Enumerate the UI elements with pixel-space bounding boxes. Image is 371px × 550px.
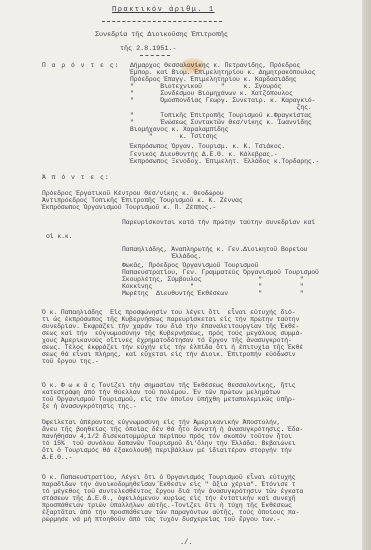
paragraph-line: ἄνευ τῆς βοηθείας τῆς ὁποίας δέν θά ἦτο …	[42, 426, 303, 433]
present-item: Ἐμπορ. καί Βιομ. Ἐπιμελητηρίου κ. Δημητρ…	[130, 69, 315, 76]
paragraph-line: σεως καί τήν εὐγνωμοσύνην τῆς Κυβερνήσεω…	[42, 330, 303, 337]
document-subtitle: Συνεδρία τῆς Διοικοῦσης Ἐπιτροπῆς	[95, 32, 228, 39]
document-title: Πρακτικόν άριθμ. 1	[112, 7, 215, 14]
absent-item: Πρόεδρος Ἐργατικοῦ Κέντρου Θεσ/νίκης κ. …	[42, 190, 224, 197]
document-page: Πρακτικόν άριθμ. 1 Συνεδρία τῆς Διοικοῦσ…	[0, 0, 362, 550]
paragraph-line: σεως θά εἶναι πλήρης, καί εὔχεται εἰς τή…	[42, 351, 296, 358]
also-present-item: Φωκᾶς, Πρόεδρος Ὀργανισμοῦ Τουρισμοῦ	[122, 262, 258, 269]
paragraph-line: σεως. Τέλος ἐκφράζει τήν εὐχήν εἰς τήν ἐ…	[42, 344, 303, 351]
also-present-item: Κοκκίνης " " "	[122, 283, 304, 290]
paragraph-line: κατεστράφη ἀπό τήν θύελλαν τοῦ πολέμου. …	[42, 389, 280, 396]
absent-item: Ἐκπρόσωπος Ὀργανισμοῦ Τουρισμοῦ κ. Π. Ζέ…	[42, 204, 216, 211]
present-item: Δήμαρχος Θεσσαλονίκης κ. Πετρανίδης, Πρό…	[130, 62, 300, 69]
also-present-prefix: οἱ κ.κ.	[46, 233, 73, 240]
paragraph-line: ρώρμησε νά μή πτοηθοῦν ἀπό τάς τυχόν δυσ…	[42, 516, 280, 523]
present-item: " κ. Τσίτσης	[130, 133, 217, 140]
also-present-item: Παπαευστρατίου, Γεν. Γραμματεύς Ὀργανισμ…	[122, 269, 319, 276]
paragraph-line: χους Ἀμερικανούς οἵτινες ἐχρηματοδότησαν…	[42, 337, 292, 344]
present-item: Βιομήχανος κ. Χαραλαμπίδης	[130, 126, 228, 133]
paragraph-line: Ὁ κ. Παπαευστρατίου, Λέγει ὅτι ὁ Ὀργανισ…	[42, 474, 296, 481]
also-present-item: Ἑλλάδος.	[122, 253, 202, 260]
paragraph-line: Ὁ κ. Φ ω κ ᾶ ς Τονίζει τήν σημασίαν τῆς …	[42, 382, 296, 389]
paragraph-line: ξε ἡ ἀνασυγκρότησίς της.-	[42, 403, 137, 410]
present-item: " Βιοτεχνικοῦ " κ. Σγουρός	[130, 83, 281, 90]
absent-label: Ἀ π ό ν τ ε ς:	[42, 174, 110, 181]
present-item: Ἐκπρόσωπος Ὀργαν. Τουρισμ. κ. Κ. Τσιάκος…	[130, 143, 285, 150]
paragraph-line: συνεδρίαν. Ἐκφράζει τήν χαράν του διά τή…	[42, 323, 299, 330]
paragraph-line: ὅτι ὁ Τουρισμός θά ἐξακολουθῇ περιβάλλων…	[42, 447, 292, 454]
document-date: τῆς 2.8.1951.-	[120, 46, 176, 53]
absent-item: Ἀντιπρόεδρος Τοπικῆς Ἐπιτροπῆς Τουρισμοῦ…	[42, 197, 243, 204]
present-item: ζης.	[130, 104, 312, 111]
also-present-intro: Παρευρίσκονται κατά τήν πρώτην ταύτην συ…	[122, 219, 315, 226]
present-item: Πρόεδρος Ἐπαγγ. Ἐπιμελητηρίου κ. Καρδασι…	[130, 76, 297, 83]
present-item: " Ἑνώσεως Συντακτῶν Θεσ/νίκης κ. Ἰωαννίδ…	[130, 119, 312, 126]
present-item: Γενικός Διευθυντής Δ.Ε.Θ. κ. Κάλεβρας.-	[130, 151, 278, 158]
also-present-item: Μωρέτης Διευθυντής Ἐκθέσεων " "	[122, 290, 304, 297]
present-item: " Συνδέσμου Βιομηχάνων κ. Χατζόπουλος	[130, 90, 293, 97]
also-present-item: Σκουρλέτης, Σύμβουλος " "	[122, 276, 304, 283]
paragraph-line: στάσεων τῆς Δ.Ε.Θ., ὀφειλόμενον κυρίως ε…	[42, 495, 296, 502]
paragraph-line: τι ὡς ἐκπρόσωπος τῆς Κυβερνήσεως παρευρί…	[42, 316, 299, 323]
paragraph-line: τό μέγεθος τοῦ συντελεσθέντος ἔργου διά …	[42, 488, 303, 495]
paragraph-line: προσπάθειαν τριῶν ὑπαλλήλων αὐτῆς.-Τονίζ…	[42, 502, 292, 509]
title-divider	[102, 21, 222, 22]
paragraph-line: παραδίδων τήν ἀνοικοδομηθεῖσαν Ἔκθεσιν ε…	[42, 481, 296, 488]
present-label: Π α ρ ό ν τ ε ς:	[42, 62, 119, 69]
also-present-item: Παπαηλιάδης, Ἀναπληρωτής κ. Γεν.Διοικητο…	[122, 246, 307, 253]
present-item: " Ὁμοσπονδίας Γεωργ. Συνεταιρ. κ. Καραγκ…	[130, 97, 315, 104]
paragraph-line: τό 15% τοῦ συνόλου δαπανῶν Τουρισμοῦ δι'…	[42, 440, 296, 447]
paragraph-line: ἐξαρτᾶται ἀπό τήν προσπάθειαν τῶν παραγό…	[42, 509, 299, 516]
present-item: Ἐκπρόσωπος Ξενοδοχ. Ἐπιμελητ. Ἑλλάδος κ.…	[130, 158, 319, 165]
page-continuation-mark: ./.	[180, 540, 192, 547]
paragraph-line: Ὀφείλεται ἀπέραντος εὐγνωμοσύνη εἰς τήν …	[42, 419, 280, 426]
paragraph-line: Δ.Ε.Θ..-	[42, 454, 72, 461]
paragraph-line: Ὁ κ. Παπαηλιάδης Εἰς προσφώνησίν του λέγ…	[42, 309, 296, 316]
paragraph-line: τοῦ Ὀργανισμοῦ Τουρισμοῦ, εἰς τόν ὁποῖον…	[42, 396, 296, 403]
present-item: " Τοπικῆς Ἐπιτροπῆς Τουρισμοῦ κ.Φραγκίστ…	[130, 112, 312, 119]
date-divider	[140, 55, 170, 56]
paragraph-line: πανήθησαν 4,1/2 δισεκατομμύρια περίπου π…	[42, 433, 292, 440]
paragraph-line: τοῦ ἔργου της.-	[42, 358, 99, 365]
page-edge	[362, 0, 371, 550]
